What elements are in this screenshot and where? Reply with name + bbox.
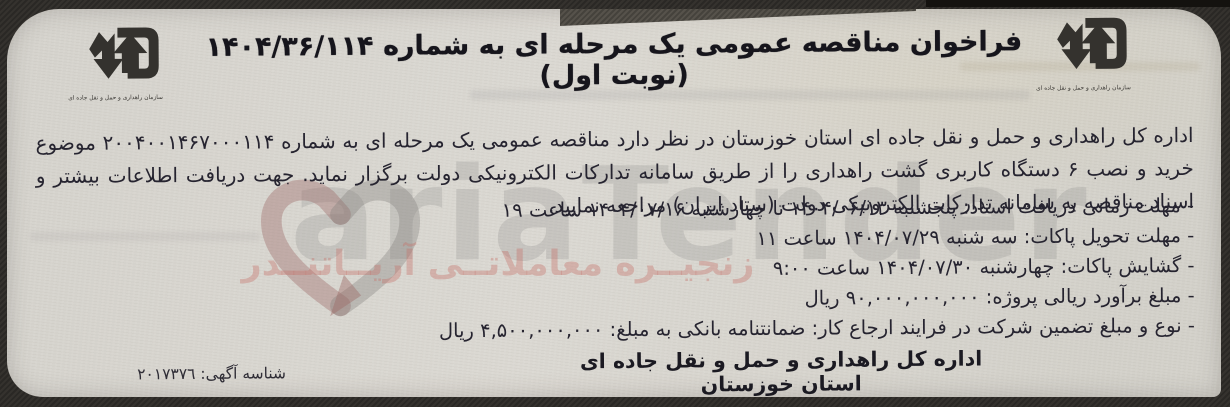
- ad-id-label: شناسه آگهی:: [200, 364, 286, 383]
- road-maintenance-org-logo-left: سازمان راهداری و حمل و نقل جاده ای: [81, 23, 168, 102]
- org-emblem-icon: [85, 23, 163, 92]
- org-logo-caption: سازمان راهداری و حمل و نقل جاده ای: [1053, 84, 1130, 92]
- notice-content: سازمان راهداری و حمل و نقل جاده ای سازما…: [0, 0, 1230, 407]
- road-maintenance-org-logo-right: سازمان راهداری و حمل و نقل جاده ای: [1049, 13, 1136, 92]
- tender-detail-list: - مهلت زمانی دریافت اسناد: پنجشنبه ۱۴۰۴/…: [36, 191, 1195, 349]
- scanned-tender-notice: ariaTender زنجیــره معاملاتــی آریــاتنـ…: [0, 0, 1230, 407]
- ad-id-value: ٢٠١٧٣٧٦: [137, 365, 195, 383]
- issuer-signature: اداره کل راهداری و حمل و نقل جاده ای است…: [556, 346, 1006, 397]
- org-logo-caption: سازمان راهداری و حمل و نقل جاده ای: [86, 94, 163, 102]
- tender-title: فراخوان مناقصه عمومی یک مرحله ای به شمار…: [184, 26, 1044, 94]
- ad-id: شناسه آگهی: ٢٠١٧٣٧٦: [137, 364, 286, 383]
- org-emblem-icon: [1053, 13, 1131, 82]
